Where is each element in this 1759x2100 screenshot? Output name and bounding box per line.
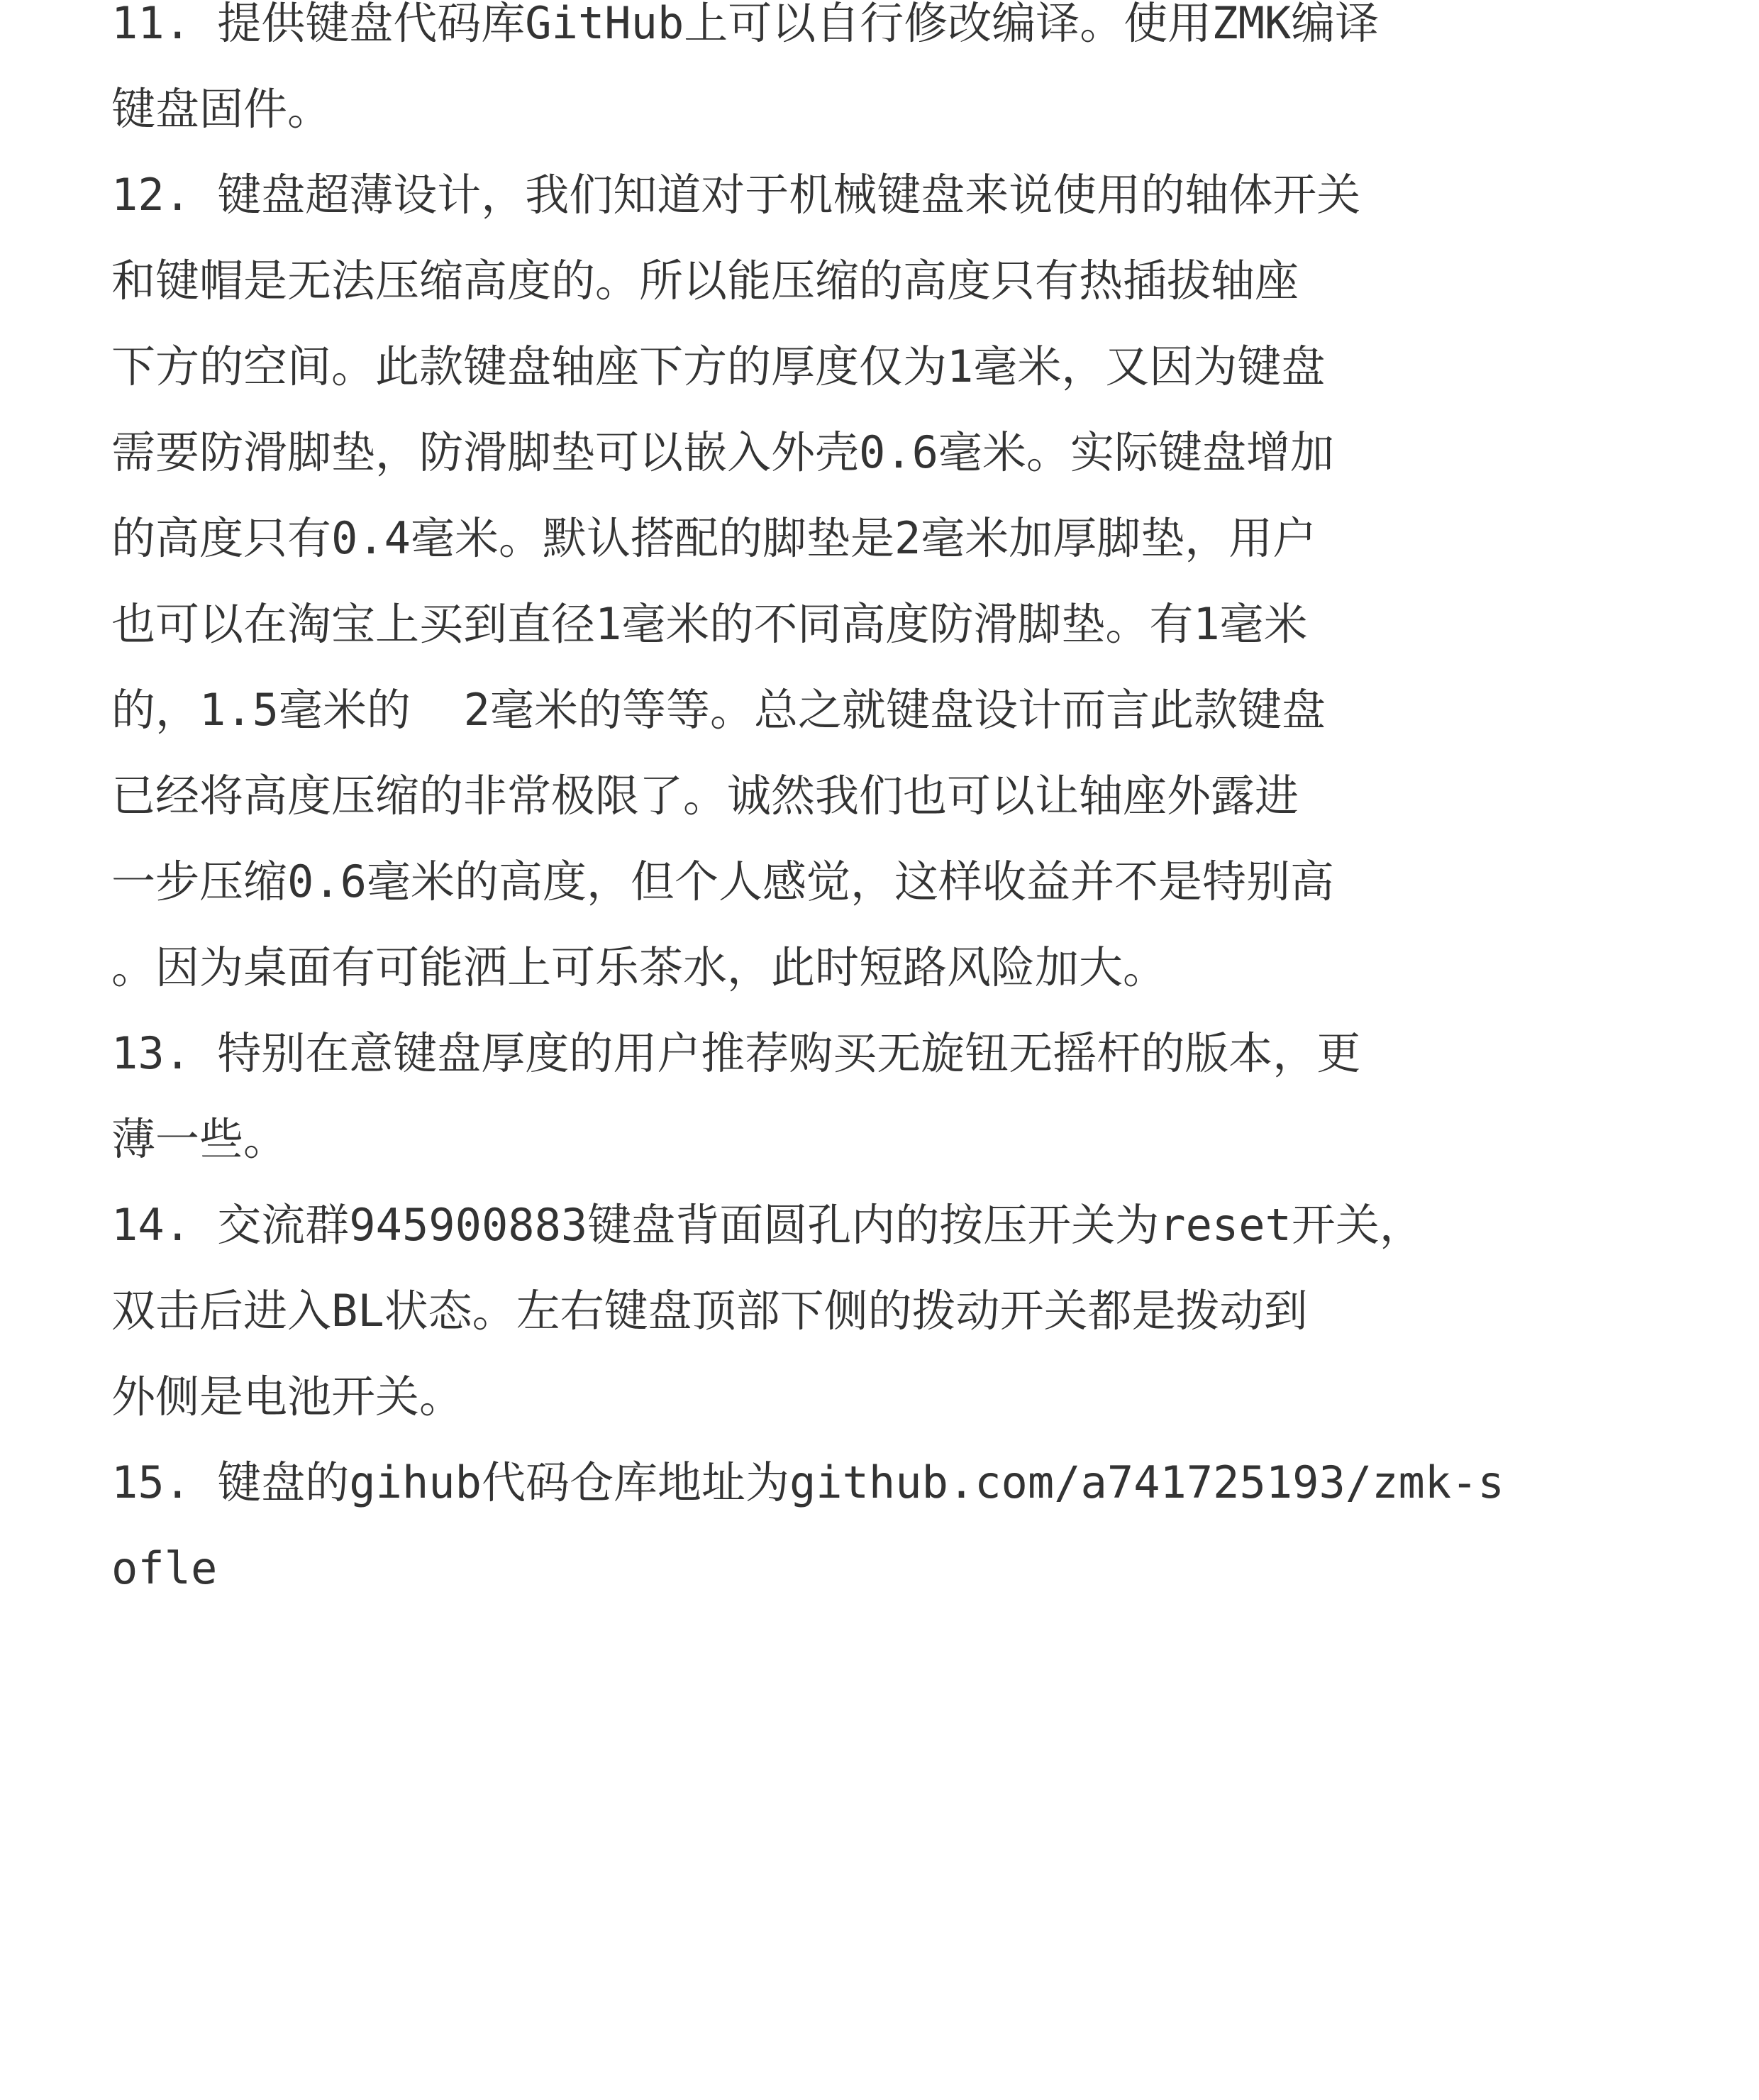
list-item-14: 14. 交流群945900883键盘背面圆孔内的按压开关为reset开关， 双击… <box>111 1182 1686 1439</box>
text-line: 一步压缩0.6毫米的高度，但个人感觉，这样收益并不是特别高 <box>111 839 1686 924</box>
text-line: 14. 交流群945900883键盘背面圆孔内的按压开关为reset开关， <box>111 1182 1686 1268</box>
text-line: 薄一些。 <box>111 1096 1686 1182</box>
list-item-12: 12. 键盘超薄设计，我们知道对于机械键盘来说使用的轴体开关 和键帽是无法压缩高… <box>111 152 1686 1010</box>
text-line: 的高度只有0.4毫米。默认搭配的脚垫是2毫米加厚脚垫，用户 <box>111 495 1686 581</box>
text-line: 13. 特别在意键盘厚度的用户推荐购买无旋钮无摇杆的版本，更 <box>111 1010 1686 1096</box>
text-line: 外侧是电池开关。 <box>111 1354 1686 1439</box>
text-line: 11. 提供键盘代码库GitHub上可以自行修改编译。使用ZMK编译 <box>111 0 1686 66</box>
text-line: 键盘固件。 <box>111 66 1686 152</box>
text-line: 。因为桌面有可能洒上可乐茶水，此时短路风险加大。 <box>111 924 1686 1010</box>
list-item-15: 15. 键盘的gihub代码仓库地址为github.com/a741725193… <box>111 1439 1686 1611</box>
text-line: 下方的空间。此款键盘轴座下方的厚度仅为1毫米，又因为键盘 <box>111 324 1686 409</box>
list-item-13: 13. 特别在意键盘厚度的用户推荐购买无旋钮无摇杆的版本，更 薄一些。 <box>111 1010 1686 1182</box>
text-line: 已经将高度压缩的非常极限了。诚然我们也可以让轴座外露进 <box>111 753 1686 839</box>
text-line: ofle <box>111 1525 1686 1611</box>
text-line: 也可以在淘宝上买到直径1毫米的不同高度防滑脚垫。有1毫米 <box>111 581 1686 667</box>
text-line: 的，1.5毫米的 2毫米的等等。总之就键盘设计而言此款键盘 <box>111 667 1686 753</box>
text-line: 15. 键盘的gihub代码仓库地址为github.com/a741725193… <box>111 1439 1686 1525</box>
text-line: 和键帽是无法压缩高度的。所以能压缩的高度只有热插拔轴座 <box>111 238 1686 324</box>
text-line: 双击后进入BL状态。左右键盘顶部下侧的拨动开关都是拨动到 <box>111 1268 1686 1354</box>
list-item-11: 11. 提供键盘代码库GitHub上可以自行修改编译。使用ZMK编译 键盘固件。 <box>111 0 1686 152</box>
text-line: 需要防滑脚垫，防滑脚垫可以嵌入外壳0.6毫米。实际键盘增加 <box>111 409 1686 495</box>
document-body: 11. 提供键盘代码库GitHub上可以自行修改编译。使用ZMK编译 键盘固件。… <box>111 0 1686 1611</box>
text-line: 12. 键盘超薄设计，我们知道对于机械键盘来说使用的轴体开关 <box>111 152 1686 238</box>
